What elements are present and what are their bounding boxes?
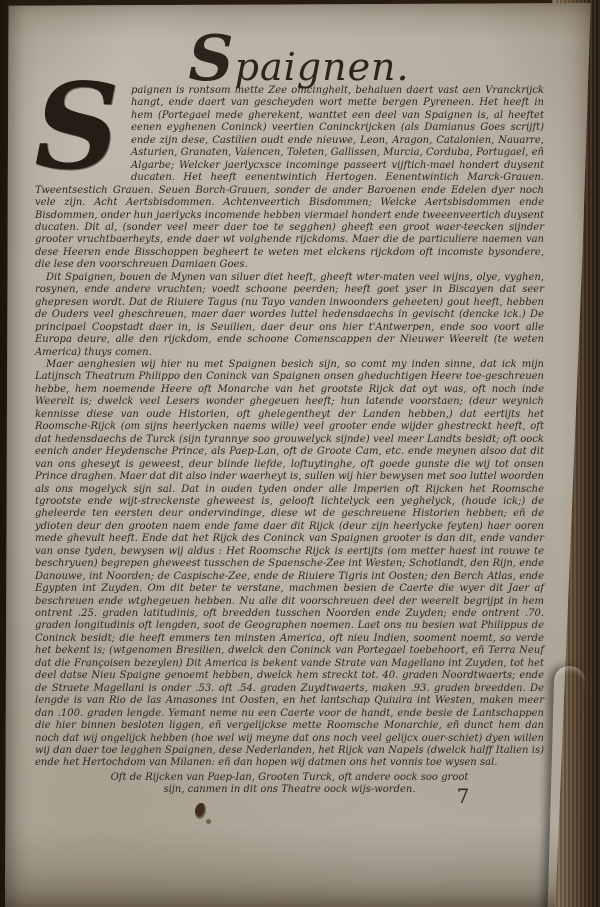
book-page: Spaignen. S paignen is rontsom mette Zee… [5,3,593,907]
text-block: S paignen is rontsom mette Zee omcinghel… [35,85,544,797]
paragraph-3: Maer aenghesien wij hier nu met Spaignen… [35,359,544,770]
ink-stain [195,803,206,819]
paragraph-2: Dit Spaignen, bouen de Mynen van siluer … [35,272,544,359]
paragraph-1: S paignen is rontsom mette Zee omcinghel… [35,85,544,272]
page-number: 7 [443,784,483,808]
ink-speck [206,819,211,824]
drop-cap-letter: S [31,87,123,175]
closing-line-1: Oft de Rijcken van Paep-Ian, Grooten Tur… [35,772,544,784]
